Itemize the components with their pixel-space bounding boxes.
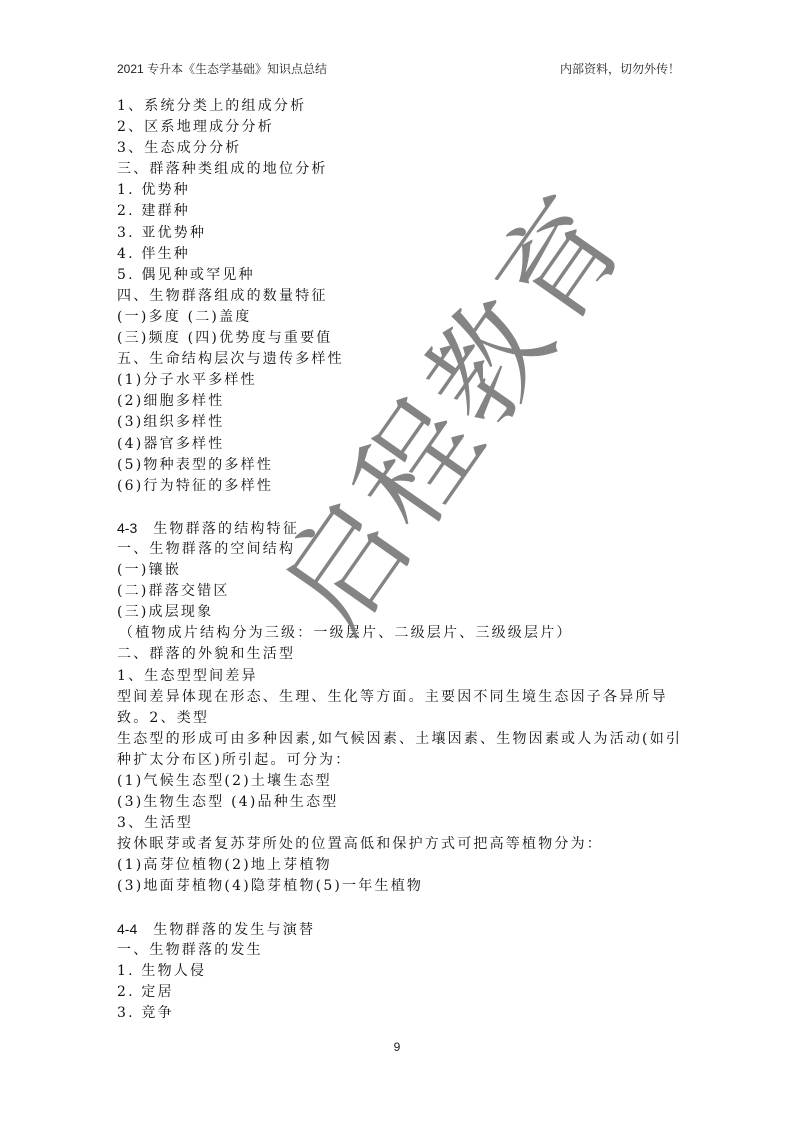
list-item: 5. 偶见种或罕见种 xyxy=(117,265,683,286)
heading: 三、群落种类组成的地位分析 xyxy=(117,159,683,180)
list-item: 1、系统分类上的组成分析 xyxy=(117,96,683,117)
list-item: 2. 建群种 xyxy=(117,201,683,222)
heading: 五、生命结构层次与遗传多样性 xyxy=(117,349,683,370)
section-number: 4-4 xyxy=(117,921,137,937)
spacer xyxy=(117,898,683,919)
list-item: 3. 亚优势种 xyxy=(117,223,683,244)
list-item: (5)物种表型的多样性 xyxy=(117,455,683,476)
list-item: (3)生物生态型 (4)品种生态型 xyxy=(117,792,683,813)
list-item: (1)分子水平多样性 xyxy=(117,370,683,391)
list-item: (1)气候生态型(2)土壤生态型 xyxy=(117,771,683,792)
list-item: (三)频度 (四)优势度与重要值 xyxy=(117,328,683,349)
heading: 四、生物群落组成的数量特征 xyxy=(117,286,683,307)
section-heading-4-4: 4-4生物群落的发生与演替 xyxy=(117,919,683,940)
list-item: (一)多度 (二)盖度 xyxy=(117,307,683,328)
paragraph: 生态型的形成可由多种因素,如气候因素、土壤因素、生物因素或人为活动(如引种扩太分… xyxy=(117,729,683,771)
section-title: 生物群落的发生与演替 xyxy=(153,922,315,938)
spacer xyxy=(117,497,683,518)
list-item: (6)行为特征的多样性 xyxy=(117,476,683,497)
list-item: (3)地面芽植物(4)隐芽植物(5)一年生植物 xyxy=(117,876,683,897)
list-item: 3、生活型 xyxy=(117,813,683,834)
list-item: 1. 优势种 xyxy=(117,180,683,201)
list-item: 2、区系地理成分分析 xyxy=(117,117,683,138)
list-item: (一)镶嵌 xyxy=(117,560,683,581)
list-item: 2. 定居 xyxy=(117,982,683,1003)
list-item: 3、生态成分分析 xyxy=(117,138,683,159)
note: （植物成片结构分为三级：一级层片、二级层片、三级级层片） xyxy=(117,623,683,644)
list-item: 4. 伴生种 xyxy=(117,244,683,265)
list-item: (三)成层现象 xyxy=(117,602,683,623)
page-content: 1、系统分类上的组成分析 2、区系地理成分分析 3、生态成分分析 三、群落种类组… xyxy=(117,96,683,1024)
paragraph: 型间差异体现在形态、生理、生化等方面。主要因不同生境生态因子各异所导致。2、类型 xyxy=(117,687,683,729)
list-item: (3)组织多样性 xyxy=(117,412,683,433)
paragraph: 按休眠芽或者复苏芽所处的位置高低和保护方式可把高等植物分为： xyxy=(117,834,683,855)
document-page: 2021 专升本《生态学基础》知识点总结 内部资料，切勿外传！ 1、系统分类上的… xyxy=(0,0,794,1123)
header-title: 2021 专升本《生态学基础》知识点总结 xyxy=(117,60,327,77)
list-item: 1、生态型型间差异 xyxy=(117,666,683,687)
list-item: (二)群落交错区 xyxy=(117,581,683,602)
page-header: 2021 专升本《生态学基础》知识点总结 内部资料，切勿外传！ xyxy=(117,60,680,78)
page-number: 9 xyxy=(0,1040,794,1054)
section-heading-4-3: 4-3生物群落的结构特征 xyxy=(117,518,683,539)
header-notice: 内部资料，切勿外传！ xyxy=(560,60,680,77)
list-item: 3. 竞争 xyxy=(117,1003,683,1024)
list-item: (1)高芽位植物(2)地上芽植物 xyxy=(117,855,683,876)
heading: 一、生物群落的发生 xyxy=(117,940,683,961)
heading: 二、群落的外貌和生活型 xyxy=(117,644,683,665)
section-number: 4-3 xyxy=(117,520,137,536)
list-item: (4)器官多样性 xyxy=(117,434,683,455)
section-title: 生物群落的结构特征 xyxy=(153,521,299,537)
list-item: 1. 生物人侵 xyxy=(117,961,683,982)
list-item: (2)细胞多样性 xyxy=(117,391,683,412)
heading: 一、生物群落的空间结构 xyxy=(117,539,683,560)
